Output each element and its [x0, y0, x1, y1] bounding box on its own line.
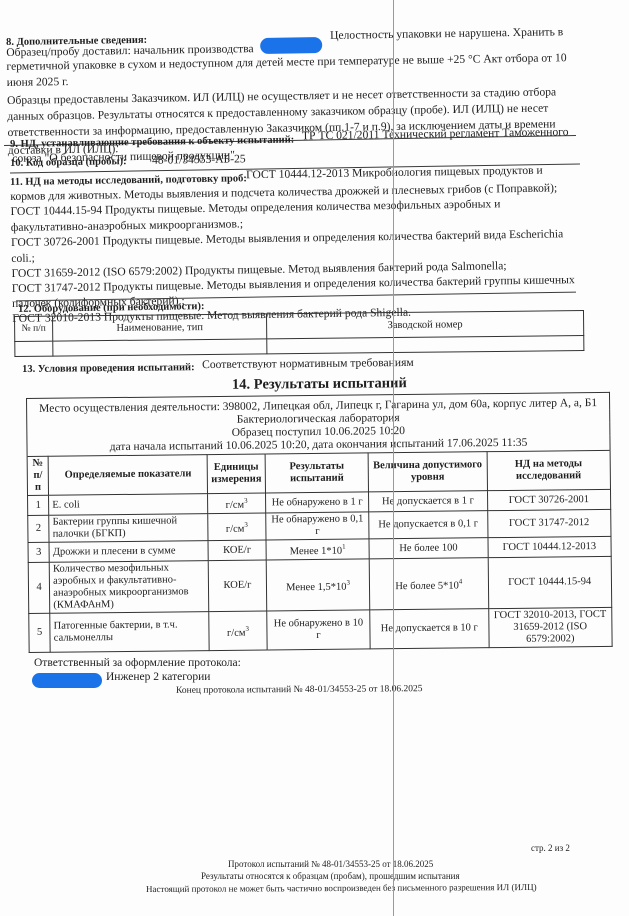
row-method: ГОСТ 30726-2001 — [487, 489, 611, 510]
result-text: Менее 1,5*10 — [286, 581, 346, 593]
equipment-col-name: Наименование, тип — [53, 314, 267, 341]
footer-line-2: Результаты относятся к образцам (пробам)… — [201, 871, 460, 881]
sample-code: 48-01/34553-АБ-25 — [152, 152, 246, 167]
row-indicator: E. coli — [49, 494, 208, 516]
end-note: Конец протокола испытаний № 48-01/34553-… — [176, 682, 423, 698]
document-page: 8. Дополнительные сведения: Образец/проб… — [0, 0, 629, 916]
results-table: Место осуществления деятельности: 398002… — [26, 392, 613, 653]
limit-text: Не более 5*10 — [395, 580, 459, 592]
row-limit: Не более 100 — [369, 538, 488, 559]
section-8-line: июня 2025 г. — [7, 75, 69, 90]
signature-position: Инженер 2 категории — [106, 670, 210, 684]
row-result: Не обнаружено в 0,1 г — [266, 512, 369, 540]
result-text: Менее 1*10 — [290, 546, 343, 558]
page-number: стр. 2 из 2 — [531, 843, 570, 853]
table-row: 5 Патогенные бактерии, в т.ч. сальмонелл… — [29, 607, 612, 652]
section-13-value: Соответствуют нормативным требованиям — [202, 356, 414, 372]
row-result: Менее 1*101 — [266, 539, 369, 560]
row-method: ГОСТ 31747-2012 — [487, 509, 611, 537]
row-unit: г/см3 — [208, 513, 266, 541]
row-method: ГОСТ 10444.15-94 — [488, 556, 612, 608]
unit-sup: 3 — [245, 624, 249, 632]
row-limit: Не допускается в 0,1 г — [369, 511, 488, 539]
redacted-name — [32, 673, 102, 688]
row-result: Не обнаружено в 1 г — [265, 492, 368, 513]
equipment-cell — [53, 339, 267, 356]
row-number: 2 — [28, 515, 50, 542]
equipment-table: № п/п Наименование, тип Заводской номер — [14, 310, 584, 357]
header-number: № п/п — [27, 456, 49, 495]
row-indicator: Количество мезофильных аэробных и факуль… — [49, 561, 208, 614]
section-9-text: ТР ТС 021/2011 Технический регламент Там… — [302, 125, 569, 143]
equipment-cell — [267, 336, 584, 354]
footer-line-3: Настоящий протокол не может быть частичн… — [146, 882, 537, 894]
row-result: Менее 1,5*103 — [266, 559, 370, 611]
header-method: НД на методы исследований — [487, 450, 611, 490]
section-11-first: ГОСТ 10444.12-2013 Микробиология пищевых… — [246, 164, 543, 183]
footer-line-1: Протокол испытаний № 48-01/34553-25 от 1… — [228, 859, 433, 869]
redacted-name — [260, 37, 322, 54]
result-sup: 3 — [346, 578, 350, 586]
unit-sup: 3 — [244, 520, 248, 528]
row-indicator: Патогенные бактерии, в т.ч. сальмонеллы — [50, 612, 209, 653]
unit-text: г/см — [226, 523, 245, 534]
section-10-heading: 10. Код образца (пробы): — [10, 155, 127, 171]
row-unit: г/см3 — [208, 493, 266, 514]
limit-sup: 4 — [459, 577, 463, 585]
equipment-cell — [15, 341, 53, 356]
row-limit: Не более 5*104 — [369, 558, 488, 610]
row-limit: Не допускается в 1 г — [369, 491, 488, 512]
signature-label: Ответственный за оформление протокола: — [34, 656, 241, 670]
row-indicator: Бактерии группы кишечной палочки (БГКП) — [49, 514, 208, 543]
header-units: Единицы измерения — [207, 454, 265, 494]
equipment-col-serial: Заводской номер — [266, 311, 583, 339]
header-results: Результаты испытаний — [265, 453, 369, 493]
unit-text: г/см — [226, 500, 245, 511]
equipment-col-number: № п/п — [15, 316, 53, 341]
section-13-heading: 13. Условия проведения испытаний: — [22, 361, 195, 377]
row-method: ГОСТ 10444.12-2013 — [488, 536, 612, 557]
header-limit: Величина допустимого уровня — [368, 452, 487, 492]
result-sup: 1 — [342, 543, 346, 551]
row-number: 5 — [29, 613, 51, 652]
unit-sup: 3 — [244, 497, 248, 505]
row-unit: г/см3 — [209, 611, 267, 651]
row-number: 4 — [28, 562, 50, 613]
header-indicator: Определяемые показатели — [48, 455, 207, 496]
row-number: 3 — [28, 542, 49, 562]
row-result: Не обнаружено в 10 г — [267, 610, 371, 650]
row-number: 1 — [28, 495, 49, 515]
row-unit: КОЕ/г — [208, 540, 266, 561]
unit-text: г/см — [227, 627, 246, 638]
row-unit: КОЕ/г — [208, 560, 266, 612]
row-indicator: Дрожжи и плесени в сумме — [49, 541, 208, 563]
row-limit: Не допускается в 10 г — [370, 609, 489, 649]
table-row: 4 Количество мезофильных аэробных и факу… — [28, 556, 612, 613]
results-title: 14. Результаты испытаний — [232, 374, 407, 394]
method-line: coli.; — [11, 252, 35, 266]
row-method: ГОСТ 32010-2013, ГОСТ 31659-2012 (ISO 65… — [488, 607, 612, 647]
scan-fold-line — [393, 0, 394, 916]
section-8-line: Целостность упаковки не нарушена. Хранит… — [330, 25, 563, 43]
